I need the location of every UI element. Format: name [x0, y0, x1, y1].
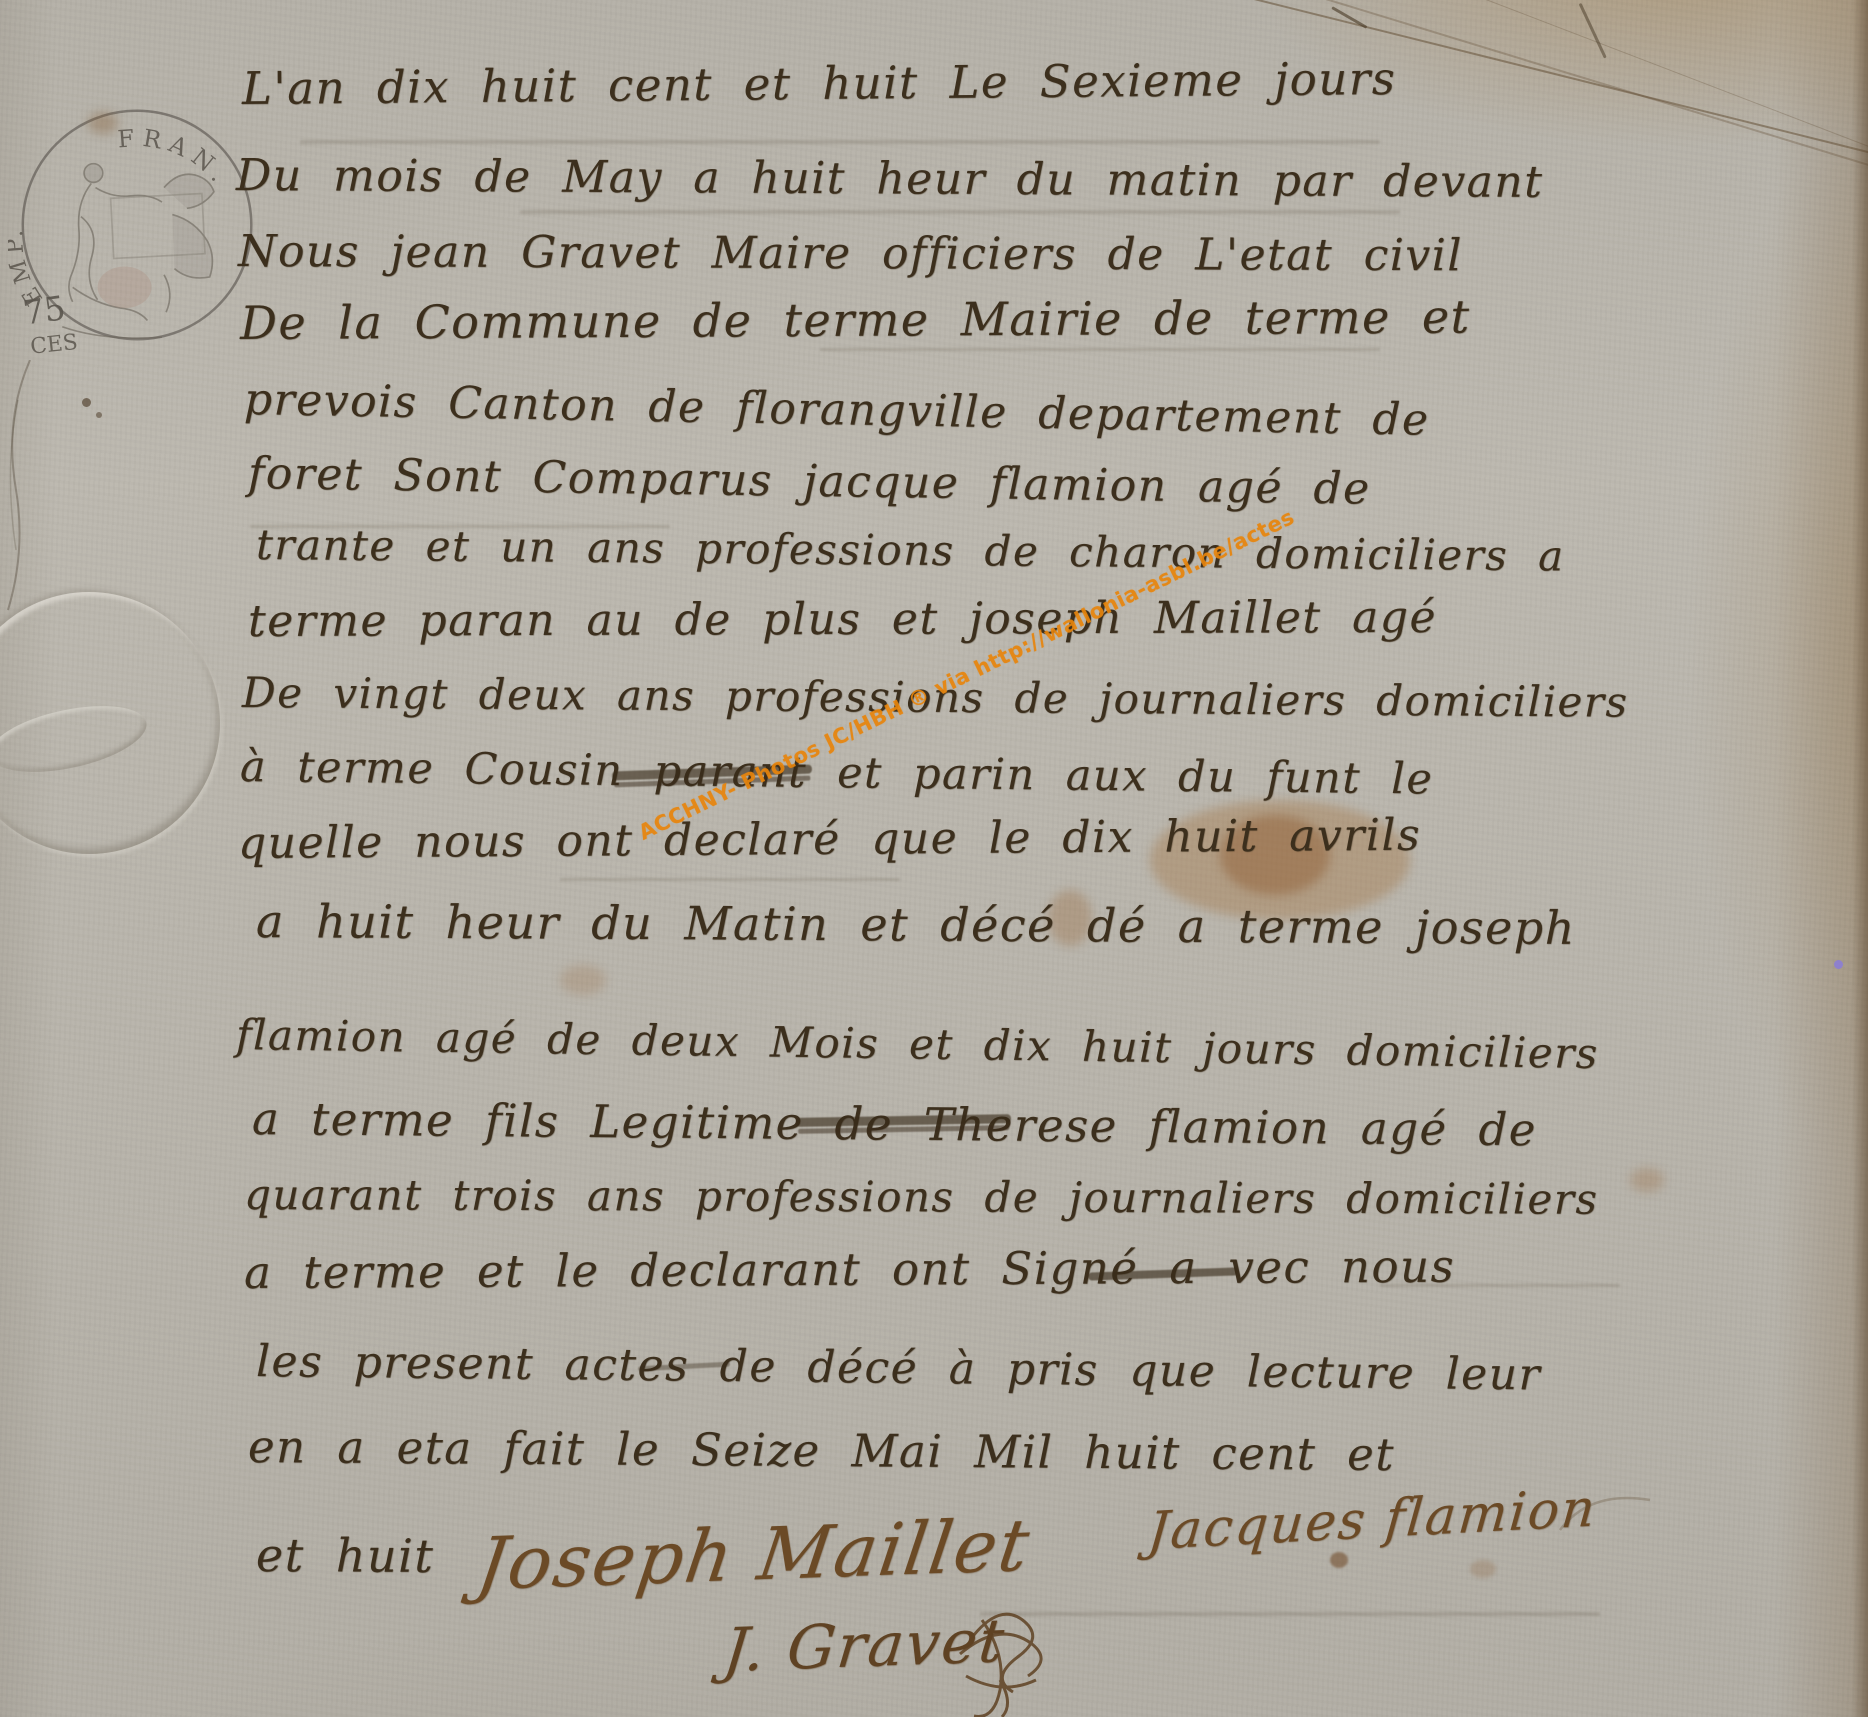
manuscript-page: FRAN. EMP. 75 CES: [0, 0, 1868, 1717]
margin-pen-marks: [0, 360, 40, 700]
manuscript-closing-words: et huit: [256, 1528, 435, 1583]
faint-pen-curve: [1540, 1470, 1740, 1550]
manuscript-line: De la Commune de terme Mairie de terme e…: [240, 290, 1471, 350]
manuscript-line: Du mois de May a huit heur du matin par …: [236, 150, 1544, 208]
revenue-stamp: FRAN. EMP. 75 CES: [8, 92, 264, 360]
stamp-figures: [62, 164, 214, 338]
ink-spot: [96, 412, 102, 418]
ink-spot: [1330, 1552, 1348, 1568]
manuscript-line: en a eta fait le Seize Mai Mil huit cent…: [248, 1420, 1395, 1481]
manuscript-line: a terme et le declarant ont Signé a vec …: [244, 1240, 1455, 1299]
manuscript-line: foret Sont Comparus jacque flamion agé d…: [248, 448, 1371, 515]
ink-fragment: [1579, 3, 1607, 59]
manuscript-line: terme paran au de plus et joseph Maillet…: [248, 592, 1437, 647]
fold-crease: [1452, 0, 1868, 173]
paper-stain: [88, 112, 118, 134]
manuscript-line: flamion agé de deux Mois et dix huit jou…: [236, 1010, 1599, 1078]
manuscript-line: L'an dix huit cent et huit Le Sexieme jo…: [242, 52, 1397, 115]
ink-spot: [82, 398, 91, 407]
manuscript-line: prevois Canton de florangville departeme…: [244, 374, 1430, 446]
ink-smear: [560, 878, 900, 881]
signature-flourish: [930, 1580, 1100, 1717]
manuscript-line: Nous jean Gravet Maire officiers de L'et…: [238, 226, 1463, 281]
embossed-figure: [0, 694, 152, 784]
stamp-value: 75: [21, 288, 68, 333]
manuscript-line: les present actes de décé à pris que lec…: [256, 1336, 1542, 1400]
stamp-unit: CES: [29, 330, 79, 360]
manuscript-line: a huit heur du Matin et décé dé a terme …: [256, 894, 1576, 955]
ink-spot: [1470, 1560, 1496, 1578]
ink-smear: [300, 140, 1380, 144]
paper-stain: [1630, 1168, 1664, 1192]
manuscript-line: quarant trois ans professions de journal…: [244, 1170, 1599, 1224]
manuscript-line: trante et un ans professions de charon d…: [256, 520, 1565, 580]
purple-speck: [1834, 960, 1843, 969]
manuscript-line: quelle nous ont declaré que le dix huit …: [238, 810, 1421, 869]
paper-stain: [560, 965, 606, 995]
signature-jacques-flamion: Jacques flamion: [1145, 1478, 1599, 1562]
ink-smear: [820, 348, 1380, 351]
ink-smear: [520, 210, 1400, 214]
